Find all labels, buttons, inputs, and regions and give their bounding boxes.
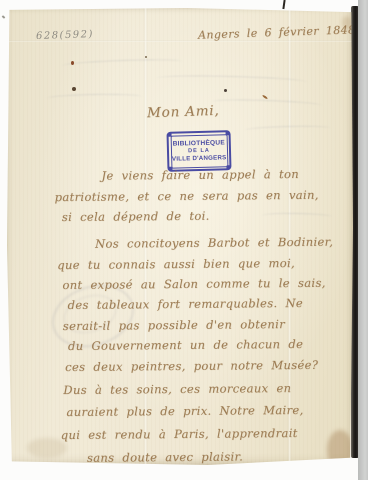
letter-line: Nos concitoyens Barbot et Bodinier, xyxy=(95,235,333,251)
ink-mark-top-edge xyxy=(282,0,285,9)
letter-line: sans doute avec plaisir. xyxy=(87,449,243,464)
letter-line: Je viens faire un appel à ton xyxy=(101,167,299,183)
letter-line: auraient plus de prix. Notre Maire, xyxy=(66,403,303,419)
letter-line: patriotisme, et ce ne sera pas en vain, xyxy=(55,188,319,204)
pencil-mark-left-edge xyxy=(2,15,6,18)
letter-line: qui est rendu à Paris, l'apprendrait xyxy=(61,426,298,442)
letter-line: Dus à tes soins, ces morceaux en xyxy=(63,381,291,397)
letter-line: ces deux peintres, pour notre Musée? xyxy=(65,358,318,374)
letter-line: du Gouvernement un de chacun de xyxy=(68,337,303,353)
letter-line: serait-il pas possible d'en obtenir xyxy=(63,317,285,333)
letter-paper: 628(592) Angers le 6 février 1848 Mon Am… xyxy=(7,8,353,465)
letter-line: si cela dépend de toi. xyxy=(62,209,210,224)
letter-line: ont exposé au Salon comme tu le sais, xyxy=(62,276,325,292)
letter-line: que tu connais aussi bien que moi, xyxy=(57,256,295,272)
letter-line: des tableaux fort remarquables. Ne xyxy=(68,296,304,312)
letter-body: Je viens faire un appel à ton patriotism… xyxy=(5,6,355,466)
scanner-background-right xyxy=(358,0,368,480)
